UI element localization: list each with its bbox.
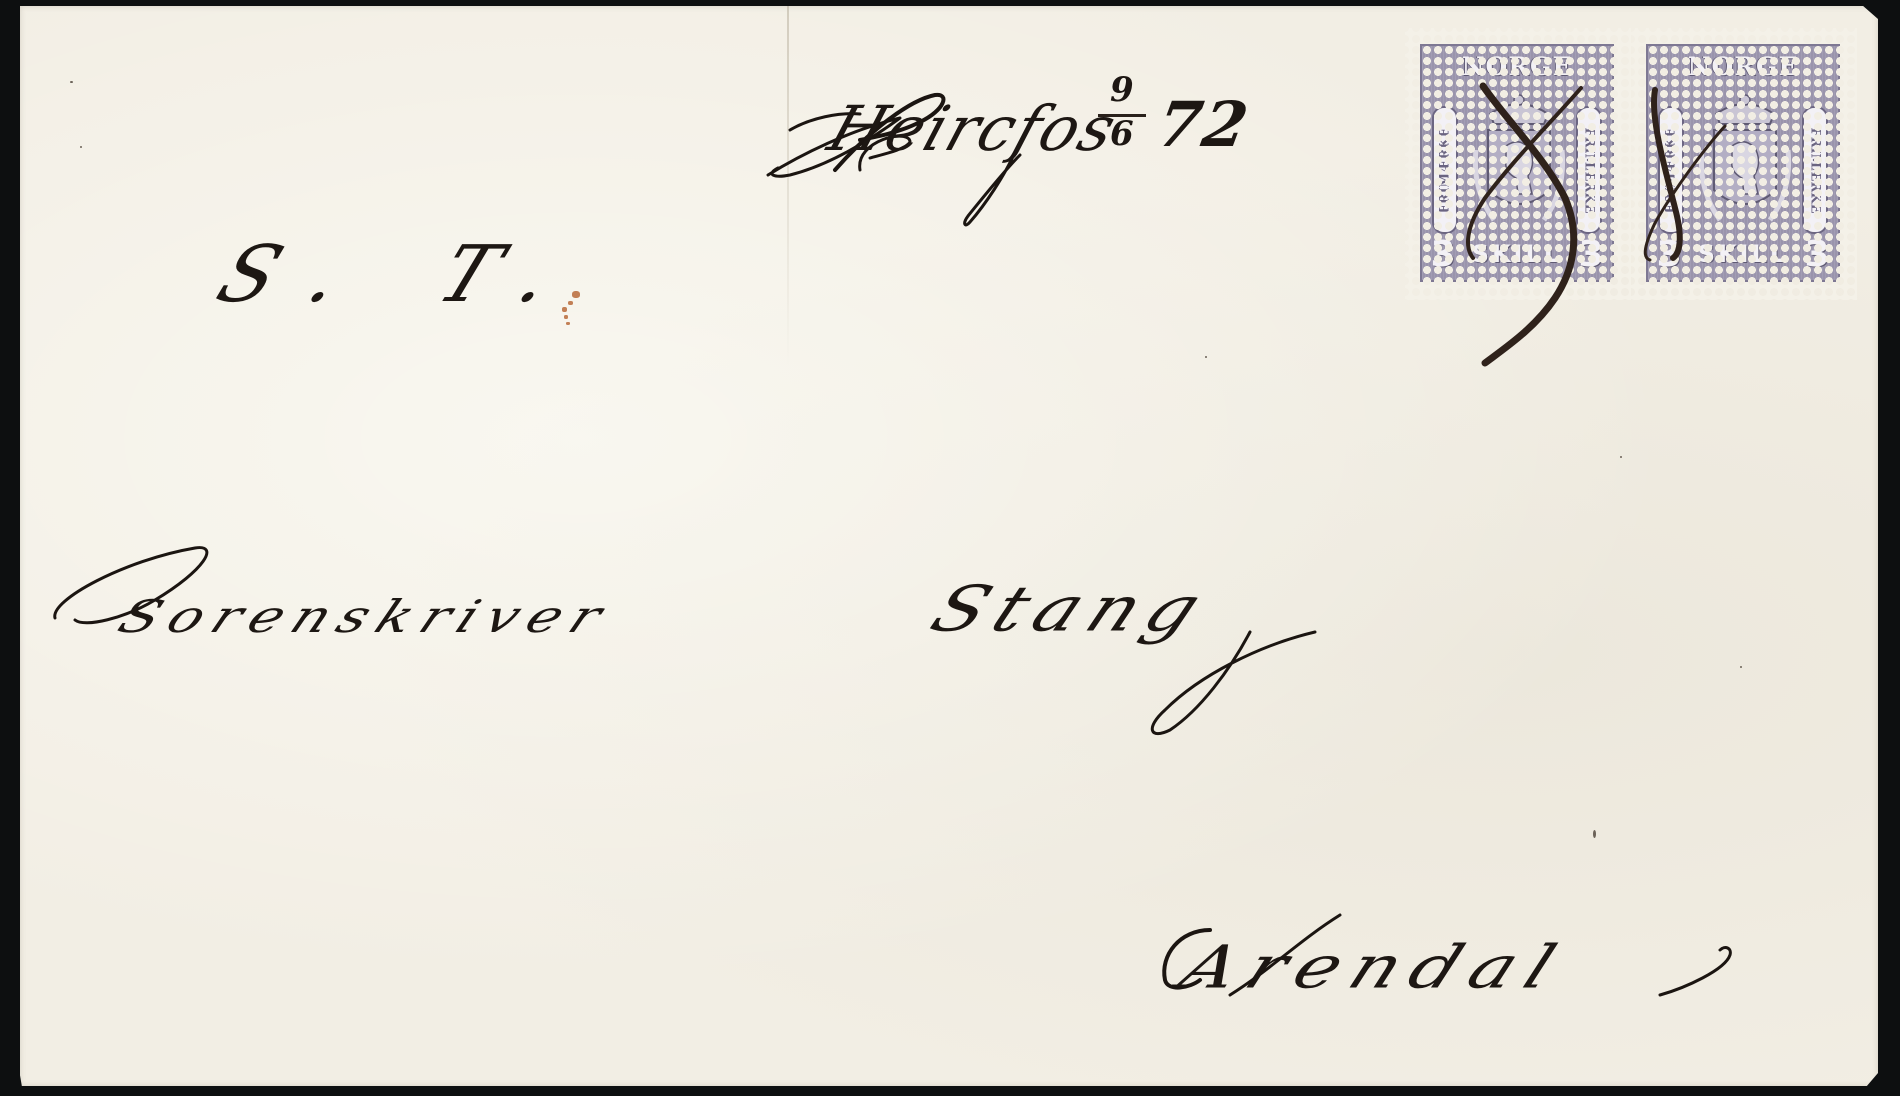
- stamp-value-row: 3 SKILL 3: [1428, 234, 1606, 274]
- date-day: 9: [1110, 70, 1136, 110]
- stamp-side-label-right: FRIMÆRKE: [1802, 106, 1828, 234]
- stamp-design: NORGE FRIMÆRKE FRIMÆRKE 3 SKILL 3: [1646, 44, 1840, 282]
- speck: [1205, 356, 1207, 358]
- stamp-value-row: 3 SKILL 3: [1654, 234, 1832, 274]
- stamp-side-label-right: FRIMÆRKE: [1576, 106, 1602, 234]
- stamp-side-label-left: FRIMÆRKE: [1658, 106, 1684, 234]
- stamp-denomination: SKILL: [1472, 240, 1562, 268]
- coat-of-arms-icon: [1696, 90, 1794, 238]
- stamp: NORGE FRIMÆRKE FRIMÆRKE 3 SKILL 3: [1405, 28, 1631, 300]
- stamp-value-right: 3: [1576, 234, 1606, 275]
- stamp-side-label-left: FRIMÆRKE: [1432, 106, 1458, 234]
- stamp-value-right: 3: [1802, 234, 1832, 275]
- stamp-pair: NORGE FRIMÆRKE FRIMÆRKE 3 SKILL 3 NORGE …: [1405, 28, 1857, 300]
- speck: [1593, 830, 1596, 838]
- stamp-country: NORGE: [1422, 52, 1612, 81]
- stamp-denomination: SKILL: [1698, 240, 1788, 268]
- stamp: NORGE FRIMÆRKE FRIMÆRKE 3 SKILL 3: [1631, 28, 1857, 300]
- speck: [70, 81, 73, 83]
- speck: [1620, 456, 1622, 458]
- stamp-value-left: 3: [1428, 234, 1458, 275]
- destination-flourish: [1140, 900, 1740, 1020]
- speck: [80, 146, 82, 148]
- date-fraction: 9 6: [1098, 70, 1148, 160]
- salutation: S. T.: [205, 230, 607, 320]
- stamp-country: NORGE: [1648, 52, 1838, 81]
- long-s-descender: [960, 150, 1030, 230]
- g-descender: [1140, 620, 1320, 740]
- stamp-value-left: 3: [1654, 234, 1684, 275]
- stamp-design: NORGE FRIMÆRKE FRIMÆRKE 3 SKILL 3: [1420, 44, 1614, 282]
- speck: [1740, 666, 1742, 668]
- coat-of-arms-icon: [1470, 90, 1568, 238]
- date-year: 72: [1152, 88, 1255, 161]
- date-month: 6: [1110, 114, 1136, 154]
- addressee-title: Sorenskriver: [110, 591, 620, 643]
